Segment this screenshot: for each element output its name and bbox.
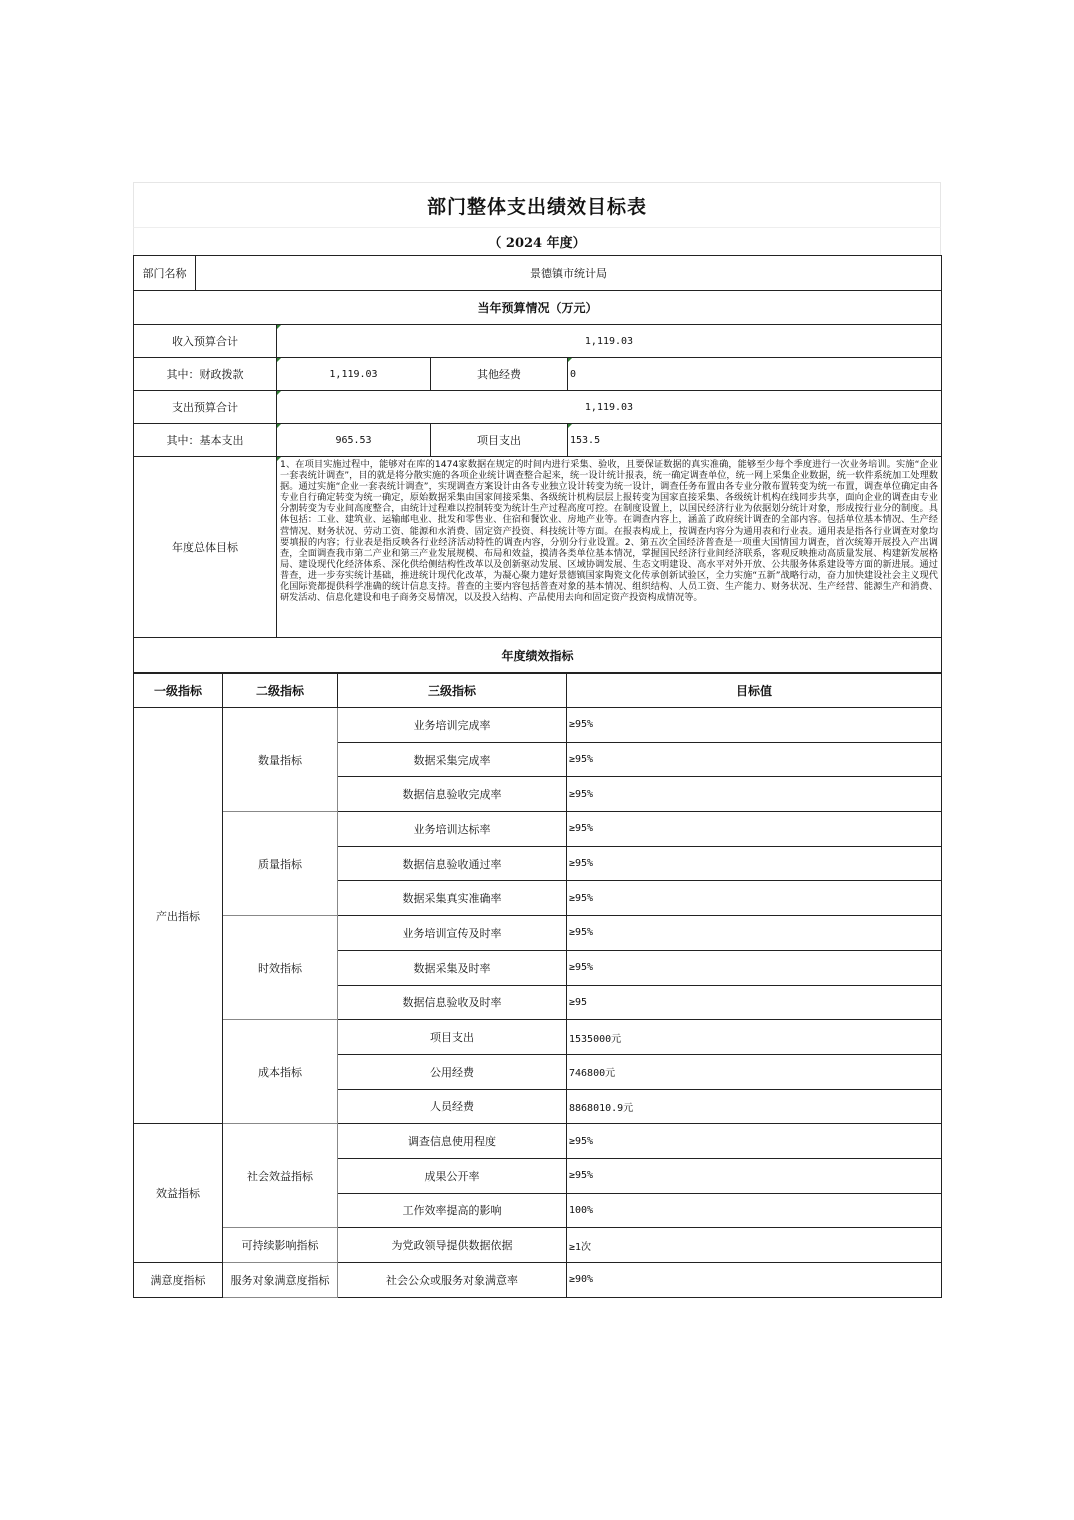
level1-indicator: 效益指标: [134, 1124, 223, 1263]
level3-indicator: 成果公开率: [338, 1158, 567, 1193]
level3-indicator: 项目支出: [338, 1020, 567, 1055]
expense-total-value: 1,119.03: [277, 391, 942, 424]
fiscal-allocation-value: 1,119.03: [277, 358, 431, 391]
level2-indicator: 可持续影响指标: [223, 1228, 338, 1263]
target-value: ≥95%: [567, 881, 942, 916]
income-total-label: 收入预算合计: [134, 325, 277, 358]
header-level1: 一级指标: [134, 674, 223, 708]
basic-expense-label: 其中：基本支出: [134, 424, 277, 457]
target-value: ≥95%: [567, 950, 942, 985]
project-expense-value: 153.5: [568, 424, 942, 457]
annual-goal-text: 1、在项目实施过程中，能够对在库的1474家数据在规定的时间内进行采集、验收，且…: [277, 457, 942, 638]
level2-indicator: 成本指标: [223, 1020, 338, 1124]
target-value: ≥95%: [567, 742, 942, 777]
basic-expense-value: 965.53: [277, 424, 431, 457]
target-value: ≥95%: [567, 708, 942, 743]
target-value: ≥90%: [567, 1263, 942, 1298]
level3-indicator: 数据采集及时率: [338, 950, 567, 985]
dept-name-label: 部门名称: [134, 256, 196, 291]
indicator-row: 产出指标数量指标业务培训完成率≥95%: [134, 708, 942, 743]
target-value: 746800元: [567, 1054, 942, 1089]
level1-indicator: 满意度指标: [134, 1263, 223, 1298]
header-target: 目标值: [567, 674, 942, 708]
indicator-row: 质量指标业务培训达标率≥95%: [134, 812, 942, 847]
other-funds-label: 其他经费: [431, 358, 568, 391]
target-value: 8868010.9元: [567, 1089, 942, 1124]
level3-indicator: 业务培训完成率: [338, 708, 567, 743]
level1-indicator: 产出指标: [134, 708, 223, 1124]
target-value: ≥95%: [567, 1124, 942, 1159]
target-value: 1535000元: [567, 1020, 942, 1055]
level3-indicator: 公用经费: [338, 1054, 567, 1089]
page-title: 部门整体支出绩效目标表: [133, 182, 941, 227]
performance-target-sheet: 部门整体支出绩效目标表 （ 2024 年度） 部门名称 景德镇市统计局 当年预算…: [133, 182, 941, 1298]
level3-indicator: 为党政领导提供数据依据: [338, 1228, 567, 1263]
level3-indicator: 调查信息使用程度: [338, 1124, 567, 1159]
level2-indicator: 社会效益指标: [223, 1124, 338, 1228]
target-value: ≥95%: [567, 812, 942, 847]
level3-indicator: 业务培训宣传及时率: [338, 916, 567, 951]
indicators-table: 一级指标 二级指标 三级指标 目标值 产出指标数量指标业务培训完成率≥95%数据…: [133, 673, 942, 1298]
indicator-row: 成本指标项目支出1535000元: [134, 1020, 942, 1055]
level3-indicator: 数据信息验收通过率: [338, 846, 567, 881]
level2-indicator: 时效指标: [223, 916, 338, 1020]
level3-indicator: 人员经费: [338, 1089, 567, 1124]
level3-indicator: 数据采集完成率: [338, 742, 567, 777]
target-value: ≥95%: [567, 1158, 942, 1193]
target-value: ≥95%: [567, 846, 942, 881]
indicator-row: 可持续影响指标为党政领导提供数据依据≥1次: [134, 1228, 942, 1263]
budget-section-title: 当年预算情况（万元）: [134, 291, 942, 325]
fiscal-allocation-label: 其中：财政拨款: [134, 358, 277, 391]
indicators-section-title: 年度绩效指标: [134, 638, 942, 673]
level3-indicator: 工作效率提高的影响: [338, 1193, 567, 1228]
year-subtitle: （ 2024 年度）: [133, 227, 941, 255]
target-value: ≥95%: [567, 916, 942, 951]
indicator-row: 效益指标社会效益指标调查信息使用程度≥95%: [134, 1124, 942, 1159]
level3-indicator: 业务培训达标率: [338, 812, 567, 847]
level3-indicator: 社会公众或服务对象满意率: [338, 1263, 567, 1298]
other-funds-value: 0: [568, 358, 942, 391]
budget-table: 部门名称 景德镇市统计局 当年预算情况（万元） 收入预算合计 1,119.03 …: [133, 255, 942, 673]
level2-indicator: 数量指标: [223, 708, 338, 812]
header-level2: 二级指标: [223, 674, 338, 708]
level2-indicator: 服务对象满意度指标: [223, 1263, 338, 1298]
level3-indicator: 数据采集真实准确率: [338, 881, 567, 916]
indicator-row: 时效指标业务培训宣传及时率≥95%: [134, 916, 942, 951]
expense-total-label: 支出预算合计: [134, 391, 277, 424]
target-value: ≥1次: [567, 1228, 942, 1263]
header-level3: 三级指标: [338, 674, 567, 708]
dept-name-value: 景德镇市统计局: [196, 256, 942, 291]
target-value: ≥95: [567, 985, 942, 1020]
level2-indicator: 质量指标: [223, 812, 338, 916]
level3-indicator: 数据信息验收及时率: [338, 985, 567, 1020]
target-value: ≥95%: [567, 777, 942, 812]
indicator-row: 满意度指标服务对象满意度指标社会公众或服务对象满意率≥90%: [134, 1263, 942, 1298]
project-expense-label: 项目支出: [431, 424, 568, 457]
target-value: 100%: [567, 1193, 942, 1228]
level3-indicator: 数据信息验收完成率: [338, 777, 567, 812]
annual-goal-label: 年度总体目标: [134, 457, 277, 638]
income-total-value: 1,119.03: [277, 325, 942, 358]
